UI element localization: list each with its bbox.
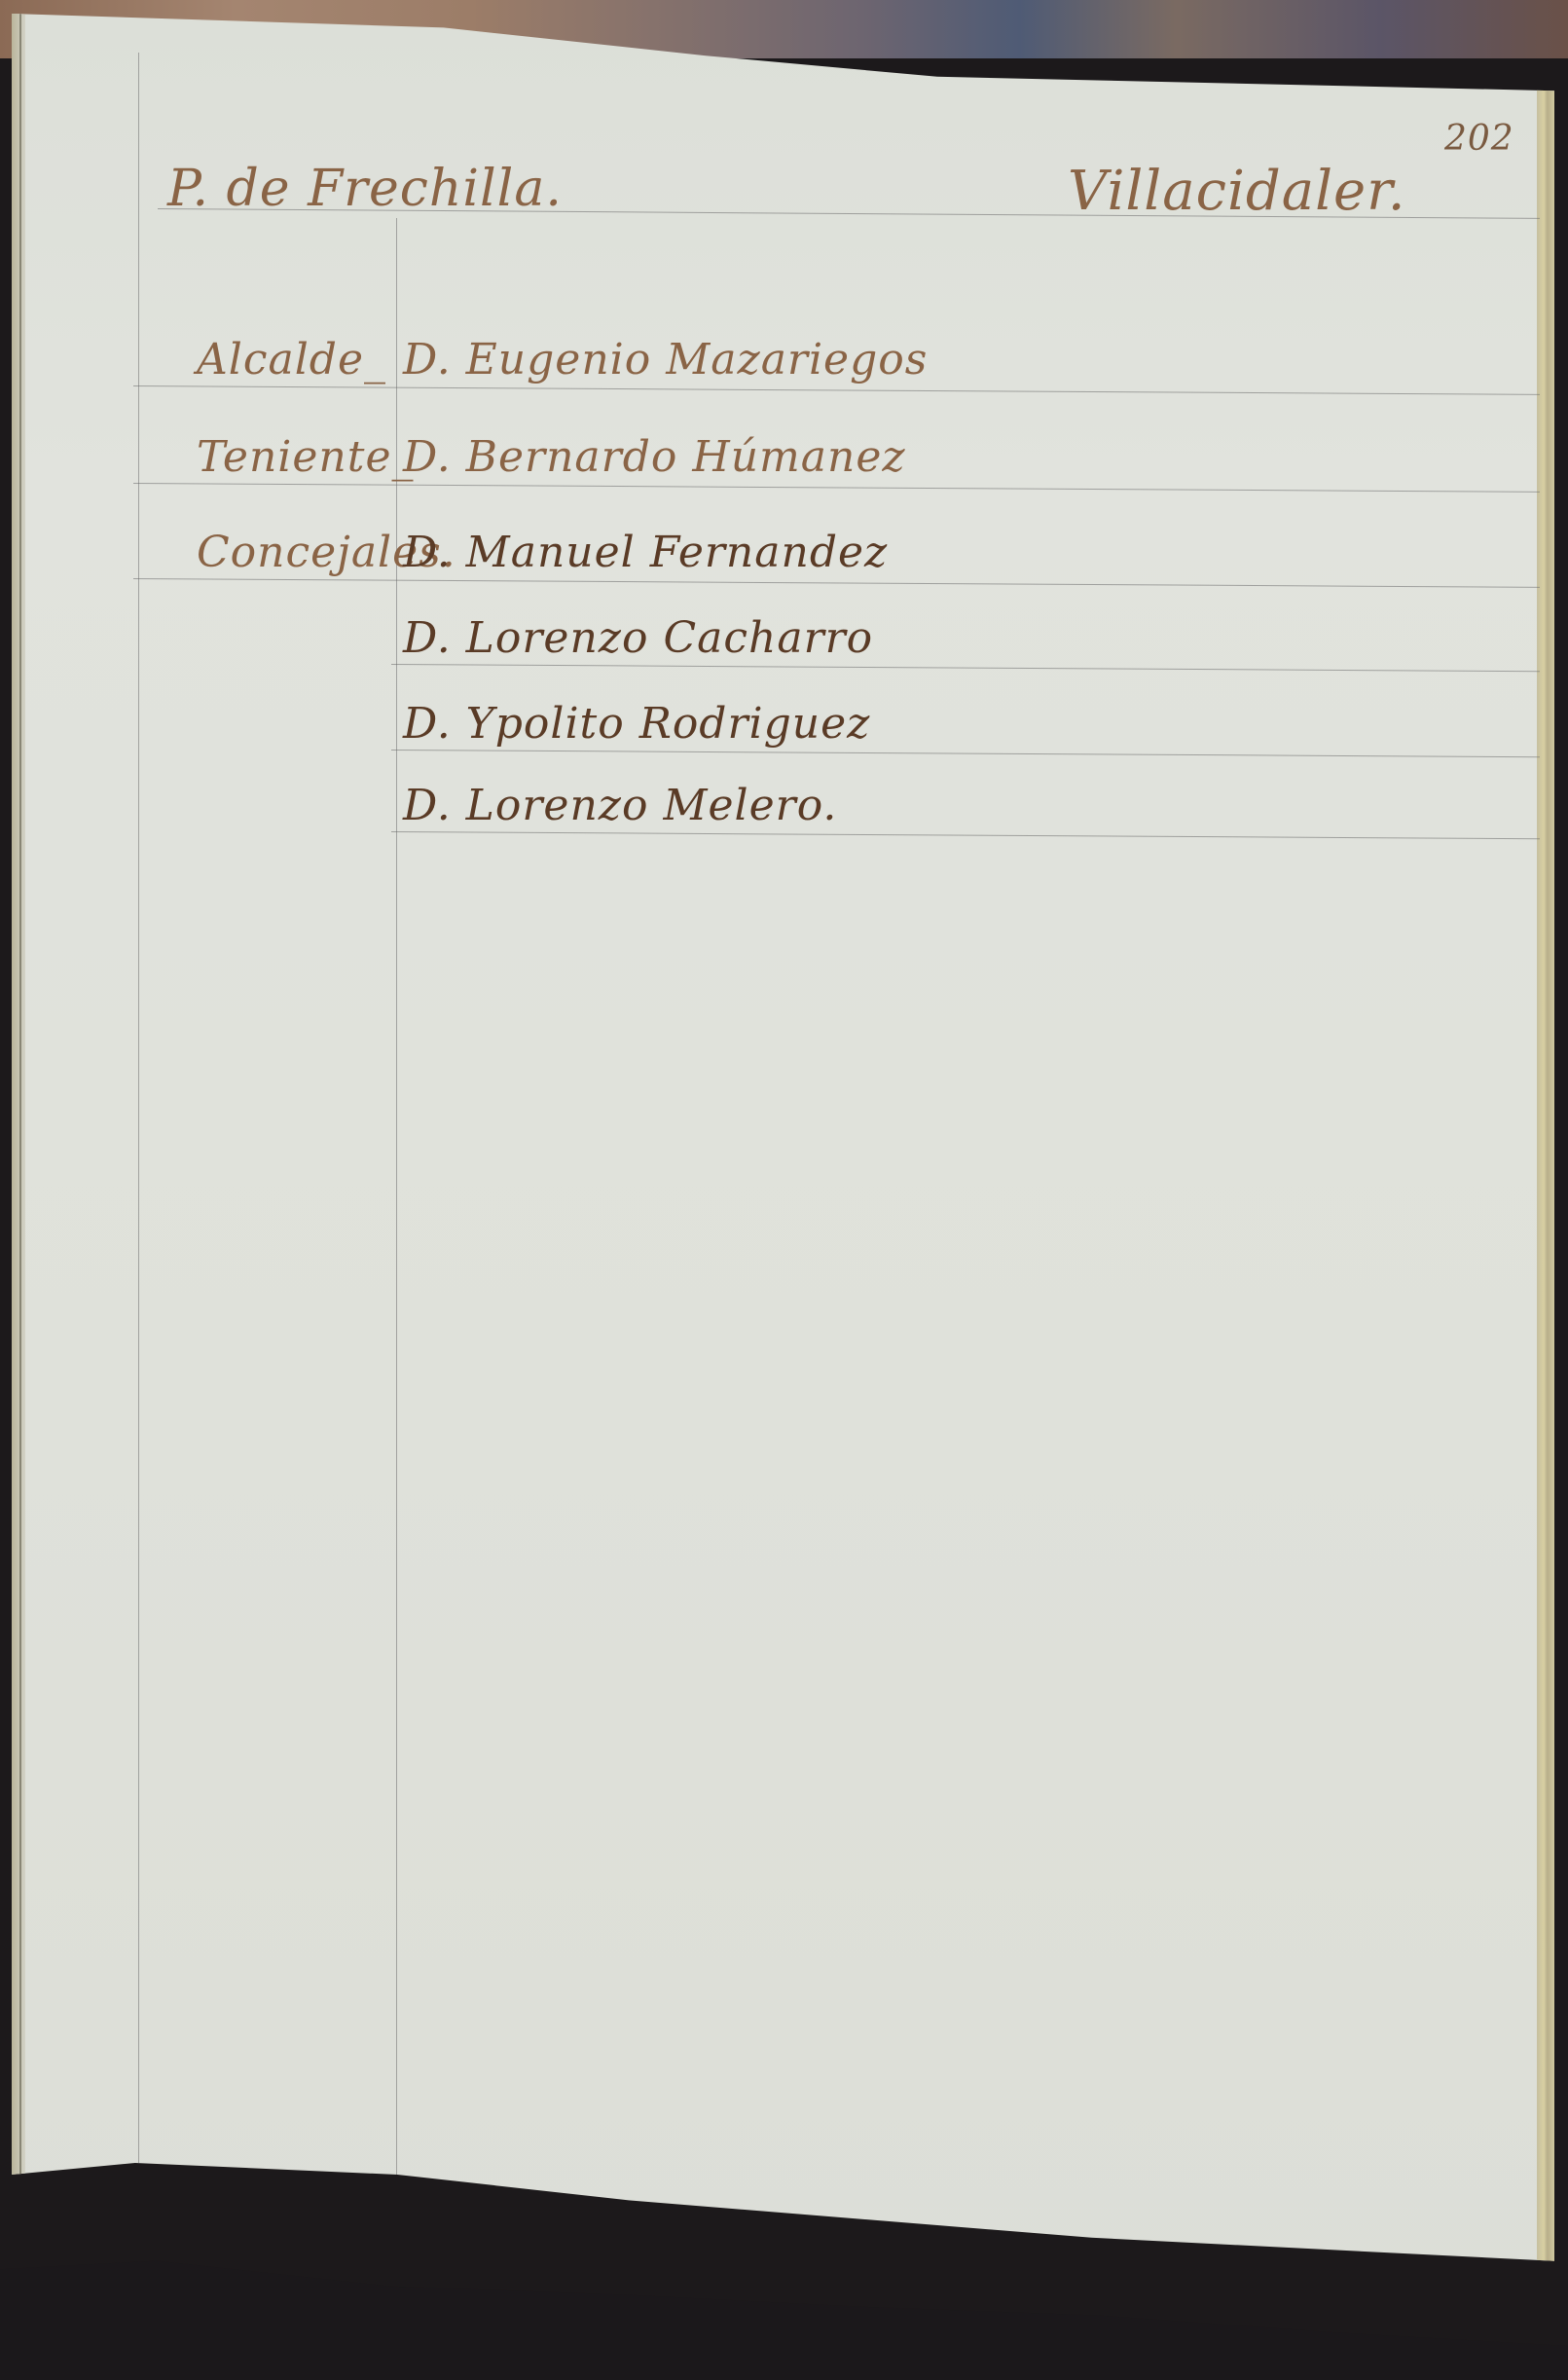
row-rule-3 xyxy=(133,578,1540,588)
official-name: D. Bernardo Húmanez xyxy=(403,432,906,482)
official-name: D. Ypolito Rodriguez xyxy=(403,699,870,749)
page-fold-line xyxy=(19,14,21,2350)
row-rule-1 xyxy=(133,385,1540,395)
left-margin-rule xyxy=(138,53,139,2321)
manuscript-scan: 202 P. de Frechilla. Villacidaler. Alcal… xyxy=(0,0,1568,2380)
official-name: D. Lorenzo Melero. xyxy=(403,781,837,830)
official-name: D. Lorenzo Cacharro xyxy=(403,613,873,663)
row-rule-2 xyxy=(133,483,1540,493)
official-name: D. Eugenio Mazariegos xyxy=(403,335,928,384)
town-heading: Villacidaler. xyxy=(1068,160,1406,223)
role-label: Alcalde_ xyxy=(197,335,386,384)
row-rule-5 xyxy=(391,750,1540,757)
row-rule-4 xyxy=(391,664,1540,672)
official-name: D. Manuel Fernandez xyxy=(403,528,888,577)
district-heading: P. de Frechilla. xyxy=(167,160,563,218)
role-label: Teniente_ xyxy=(197,432,414,482)
manuscript-page: 202 P. de Frechilla. Villacidaler. Alcal… xyxy=(12,14,1554,2350)
row-rule-6 xyxy=(391,831,1540,839)
page-gutter-shadow xyxy=(12,14,25,2350)
page-number: 202 xyxy=(1444,119,1514,159)
page-edge-right xyxy=(1537,14,1554,2350)
